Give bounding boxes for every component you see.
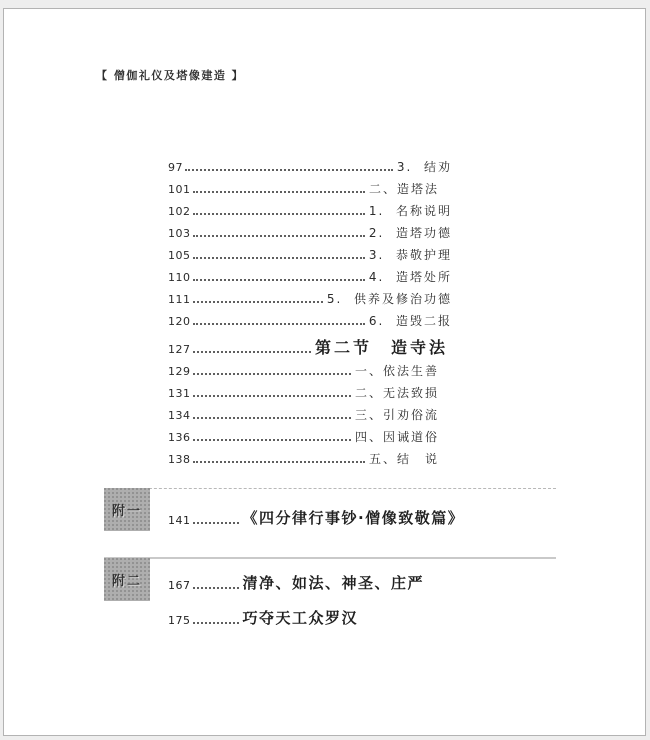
dot-leader	[193, 395, 351, 397]
dot-leader	[193, 522, 239, 524]
entry-title: 巧夺天工众罗汉	[243, 609, 359, 628]
entry-title: 第二节 造寺法	[315, 338, 448, 357]
page-number: 167	[168, 579, 191, 593]
dot-leader	[193, 323, 365, 325]
toc-row: 1115. 供养及修治功德	[168, 285, 452, 307]
toc-row: 134三、引劝俗流	[168, 401, 439, 423]
entry-title: 3. 结劝	[397, 160, 452, 175]
appendix-row: 175巧夺天工众罗汉	[168, 602, 556, 628]
dot-leader	[185, 169, 393, 171]
toc-row: 1206. 造毁二报	[168, 307, 452, 329]
page-number: 138	[168, 453, 191, 467]
page-number: 141	[168, 514, 191, 528]
page-number: 110	[168, 271, 191, 285]
entry-title: 三、引劝俗流	[355, 408, 439, 423]
entry-title: 《四分律行事钞·僧像致敬篇》	[243, 509, 465, 528]
toc-row: 1021. 名称说明	[168, 197, 452, 219]
toc-row: 136四、因诫道俗	[168, 423, 439, 445]
entry-title: 6. 造毁二报	[369, 314, 452, 329]
toc-row: 973. 结劝	[168, 153, 452, 175]
toc-row: 1032. 造塔功德	[168, 219, 452, 241]
dot-leader	[193, 301, 323, 303]
dot-leader	[193, 191, 365, 193]
page-number: 127	[168, 343, 191, 357]
entry-title: 二、无法致损	[355, 386, 439, 401]
appendix-1-tag: 附一	[104, 488, 150, 531]
page-number: 131	[168, 387, 191, 401]
appendix-2-tag: 附二	[104, 558, 150, 601]
dot-leader	[193, 213, 365, 215]
toc-row: 131二、无法致损	[168, 379, 439, 401]
page-number: 111	[168, 293, 191, 307]
running-header: 【 僧伽礼仪及塔像建造 】	[96, 67, 645, 83]
entry-title: 4. 造塔处所	[369, 270, 452, 285]
book-page: 【 僧伽礼仪及塔像建造 】 973. 结劝101二、造塔法1021. 名称说明1…	[3, 8, 646, 736]
appendix-2-entries: 167清净、如法、神圣、庄严175巧夺天工众罗汉	[168, 567, 556, 628]
entry-title: 清净、如法、神圣、庄严	[243, 574, 425, 593]
page-number: 136	[168, 431, 191, 445]
entry-title: 5. 供养及修治功德	[327, 292, 452, 307]
dot-leader	[193, 417, 351, 419]
entry-title: 3. 恭敬护理	[369, 248, 452, 263]
page-number: 175	[168, 614, 191, 628]
dot-leader	[193, 257, 365, 259]
entry-title: 一、依法生善	[355, 364, 439, 379]
appendix-row: 141《四分律行事钞·僧像致敬篇》	[168, 502, 556, 528]
dot-leader	[193, 279, 365, 281]
entry-title: 五、结 说	[369, 452, 439, 467]
toc-row: 1104. 造塔处所	[168, 263, 452, 285]
page-number: 129	[168, 365, 191, 379]
entry-title: 2. 造塔功德	[369, 226, 452, 241]
dot-leader	[193, 235, 365, 237]
page-number: 105	[168, 249, 191, 263]
dot-leader	[193, 622, 239, 624]
toc-row: 129一、依法生善	[168, 357, 439, 379]
page-number: 97	[168, 161, 183, 175]
page-number: 101	[168, 183, 191, 197]
toc-row: 101二、造塔法	[168, 175, 439, 197]
appendix-1-banner: 附一 141《四分律行事钞·僧像致敬篇》	[104, 488, 556, 533]
appendix-1-entries: 141《四分律行事钞·僧像致敬篇》	[168, 502, 556, 528]
entry-title: 四、因诫道俗	[355, 430, 439, 445]
toc-row: 1053. 恭敬护理	[168, 241, 452, 263]
toc-list: 973. 结劝101二、造塔法1021. 名称说明1032. 造塔功德1053.…	[168, 153, 645, 467]
dot-leader	[193, 351, 311, 353]
dot-leader	[193, 461, 365, 463]
appendix-row: 167清净、如法、神圣、庄严	[168, 567, 556, 593]
appendix-2-banner: 附二 167清净、如法、神圣、庄严175巧夺天工众罗汉	[104, 557, 556, 628]
page-number: 102	[168, 205, 191, 219]
toc-row: 138五、结 说	[168, 445, 439, 467]
page-number: 103	[168, 227, 191, 241]
dot-leader	[193, 587, 239, 589]
page-number: 120	[168, 315, 191, 329]
toc-row: 127第二节 造寺法	[168, 332, 448, 357]
entry-title: 二、造塔法	[369, 182, 439, 197]
entry-title: 1. 名称说明	[369, 204, 452, 219]
dot-leader	[193, 373, 351, 375]
dot-leader	[193, 439, 351, 441]
page-number: 134	[168, 409, 191, 423]
